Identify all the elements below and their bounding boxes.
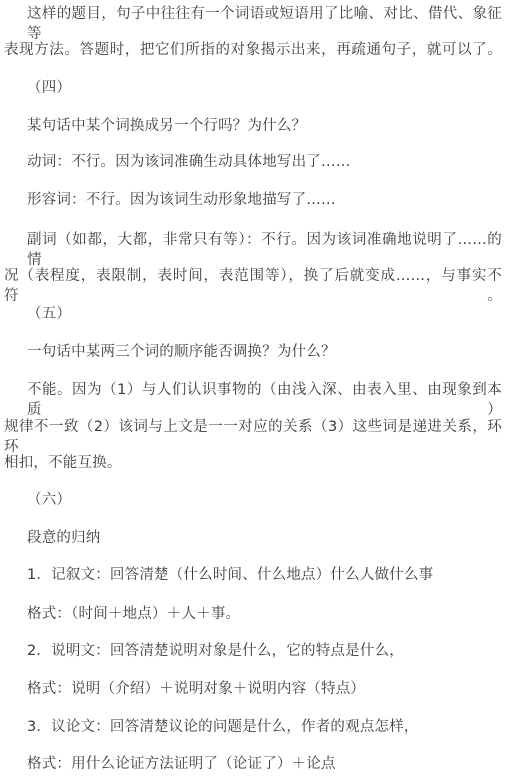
answer-adverb-line-1: 副词（如都，大都，非常只有等）：不行。因为该词准确地说明了……的情 <box>27 230 502 270</box>
format-narrative: 格式：（时间＋地点）＋人＋事。 <box>27 604 502 624</box>
question-word-order: 一句话中某两三个词的顺序能否调换？为什么？ <box>27 342 502 362</box>
answer-adverb-line-2: 况（表程度，表限制，表时间，表范围等），换了后就变成……，与事实不符。 <box>4 266 502 306</box>
answer-adjective: 形容词：不行。因为该词生动形象地描写了…… <box>27 190 502 210</box>
section-heading-5: （五） <box>27 304 502 324</box>
answer-word-order-line-2: 规律不一致（2）该词与上文是一一对应的关系（3）这些词是递进关系，环环 <box>4 417 502 457</box>
paragraph-intro-line-1: 这样的题目，句子中往往有一个词语或短语用了比喻、对比、借代、象征等 <box>27 4 502 44</box>
item-expository: 2．说明文：回答清楚说明对象是什么，它的特点是什么， <box>27 641 502 661</box>
format-expository: 格式：说明（介绍）＋说明对象＋说明内容（特点） <box>27 679 502 699</box>
answer-verb: 动词：不行。因为该词准确生动具体地写出了…… <box>27 152 502 172</box>
item-argumentative: 3．议论文：回答清楚议论的问题是什么，作者的观点怎样， <box>27 717 502 737</box>
section-heading-4: （四） <box>27 78 502 98</box>
document-body: 这样的题目，句子中往往有一个词语或短语用了比喻、对比、借代、象征等 表现方法。答… <box>0 0 510 779</box>
answer-word-order-line-3: 相扣，不能互换。 <box>4 453 502 473</box>
subheading-paragraph-summary: 段意的归纳 <box>27 528 502 548</box>
format-argumentative: 格式：用什么论证方法证明了（论证了）＋论点 <box>27 754 502 774</box>
section-heading-6: （六） <box>27 490 502 510</box>
paragraph-intro-line-2: 表现方法。答题时，把它们所指的对象揭示出来，再疏通句子，就可以了。 <box>4 40 502 60</box>
answer-word-order-line-1: 不能。因为（1）与人们认识事物的（由浅入深、由表入里、由现象到本质） <box>27 380 502 420</box>
item-narrative: 1．记叙文：回答清楚（什么时间、什么地点）什么人做什么事 <box>27 565 502 585</box>
question-word-replace: 某句话中某个词换成另一个行吗？为什么？ <box>27 116 502 136</box>
